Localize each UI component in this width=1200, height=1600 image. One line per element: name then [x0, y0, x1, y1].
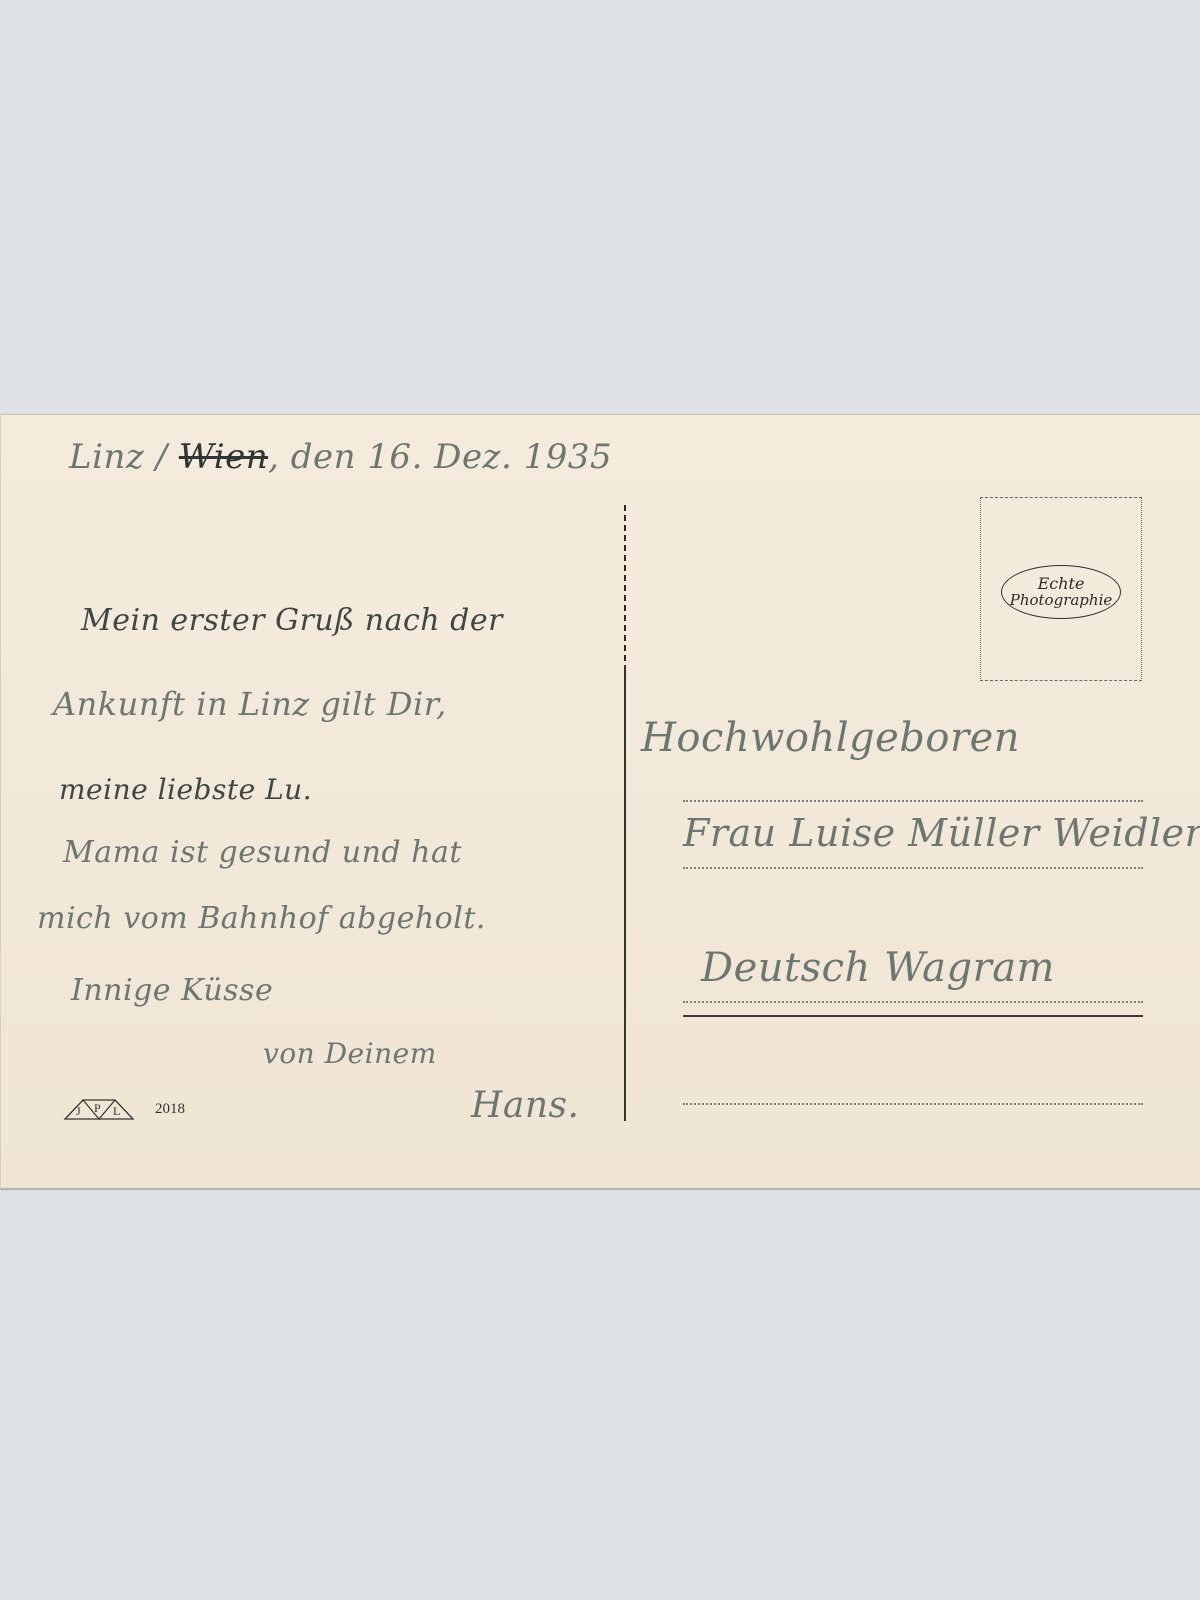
dateline-place: Linz	[69, 437, 144, 477]
message-line-1: Mein erster Gruß nach der	[81, 603, 503, 638]
address-line-2	[683, 867, 1143, 869]
publisher-number: 2018	[155, 1101, 185, 1118]
message-line-5: mich vom Bahnhof abgeholt.	[37, 901, 486, 936]
svg-text:L: L	[113, 1104, 120, 1118]
closing-line-2: von Deinem	[263, 1037, 437, 1070]
dateline-date: , den 16. Dez. 1935	[268, 437, 612, 477]
signature: Hans.	[471, 1085, 579, 1126]
postcard: Linz / Wien, den 16. Dez. 1935 Mein erst…	[0, 414, 1200, 1190]
message-line-4: Mama ist gesund und hat	[63, 835, 462, 870]
dateline-struck-place: Wien	[179, 437, 268, 477]
address-line-4	[683, 1103, 1143, 1105]
address-recipient-name: Frau Luise Müller Weidler	[683, 811, 1200, 855]
closing-line-1: Innige Küsse	[71, 973, 273, 1008]
publisher-mark: J P L 2018	[63, 1098, 185, 1120]
message-line-3: meine liebste Lu.	[59, 773, 312, 806]
address-city: Deutsch Wagram	[701, 945, 1055, 991]
echte-photographie-seal: Echte Photographie	[1001, 565, 1121, 619]
message-line-2: Ankunft in Linz gilt Dir,	[53, 685, 447, 723]
dateline: Linz / Wien, den 16. Dez. 1935	[69, 437, 612, 477]
seal-line-2: Photographie	[1010, 593, 1113, 608]
svg-text:J: J	[76, 1104, 81, 1118]
address-salutation: Hochwohlgeboren	[641, 715, 1020, 761]
address-line-3	[683, 1001, 1143, 1003]
svg-text:P: P	[94, 1101, 101, 1115]
center-divider-solid	[624, 665, 626, 1121]
address-city-underline	[683, 1015, 1143, 1017]
jpl-logo-icon: J P L	[63, 1098, 135, 1120]
seal-line-1: Echte	[1038, 576, 1085, 592]
address-line-1	[683, 800, 1143, 802]
